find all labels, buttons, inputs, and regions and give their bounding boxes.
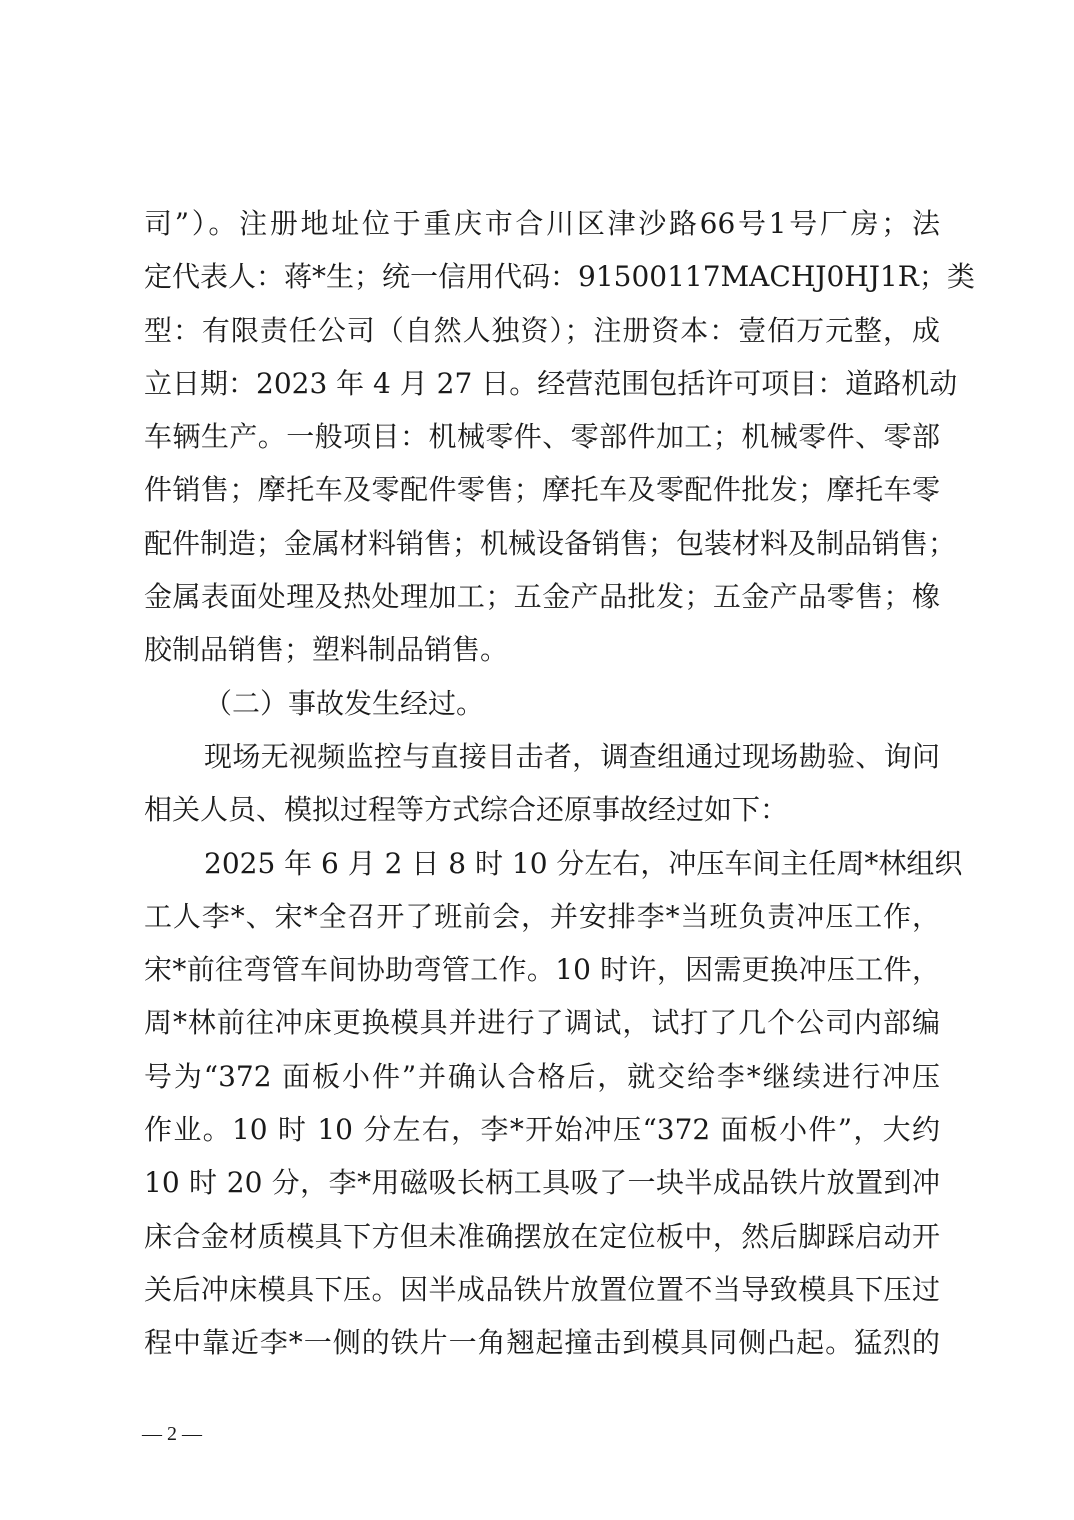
body-text: 司”）。注册地址位于重庆市合川区津沙路66号1号厂房；法 定代表人：蒋*生；统一… xyxy=(144,197,940,1370)
paragraph-line: 金属表面处理及热处理加工；五金产品批发；五金产品零售；橡 xyxy=(144,570,940,623)
paragraph-line: 配件制造；金属材料销售；机械设备销售；包装材料及制品销售； xyxy=(144,517,940,570)
paragraph-line: 立日期：2023 年 4 月 27 日。经营范围包括许可项目：道路机动 xyxy=(144,357,940,410)
paragraph-line: 司”）。注册地址位于重庆市合川区津沙路66号1号厂房；法 xyxy=(144,197,940,250)
paragraph-line: 床合金材质模具下方但未准确摆放在定位板中，然后脚踩启动开 xyxy=(144,1210,940,1263)
paragraph-line: 10 时 20 分，李*用磁吸长柄工具吸了一块半成品铁片放置到冲 xyxy=(144,1156,940,1209)
paragraph-line: 定代表人：蒋*生；统一信用代码：91500117MACHJ0HJ1R；类 xyxy=(144,250,940,303)
paragraph-line: 周*林前往冲床更换模具并进行了调试，试打了几个公司内部编 xyxy=(144,996,940,1049)
page-number: — 2 — xyxy=(142,1423,202,1446)
document-page: 司”）。注册地址位于重庆市合川区津沙路66号1号厂房；法 定代表人：蒋*生；统一… xyxy=(0,0,1074,1520)
paragraph-line: 工人李*、宋*全召开了班前会，并安排李*当班负责冲压工作， xyxy=(144,890,940,943)
paragraph-line: 件销售；摩托车及零配件零售；摩托车及零配件批发；摩托车零 xyxy=(144,463,940,516)
section-heading: （二）事故发生经过。 xyxy=(144,677,940,730)
paragraph-line: 关后冲床模具下压。因半成品铁片放置位置不当导致模具下压过 xyxy=(144,1263,940,1316)
paragraph-line: 作业。10 时 10 分左右，李*开始冲压“372 面板小件”，大约 xyxy=(144,1103,940,1156)
paragraph-line: 2025 年 6 月 2 日 8 时 10 分左右，冲压车间主任周*林组织 xyxy=(144,837,940,890)
paragraph-line: 现场无视频监控与直接目击者，调查组通过现场勘验、询问 xyxy=(144,730,940,783)
paragraph-line: 宋*前往弯管车间协助弯管工作。10 时许，因需更换冲压工件， xyxy=(144,943,940,996)
paragraph-line: 相关人员、模拟过程等方式综合还原事故经过如下： xyxy=(144,783,940,836)
paragraph-line: 车辆生产。一般项目：机械零件、零部件加工；机械零件、零部 xyxy=(144,410,940,463)
paragraph-line: 胶制品销售；塑料制品销售。 xyxy=(144,623,940,676)
paragraph-line: 程中靠近李*一侧的铁片一角翘起撞击到模具同侧凸起。猛烈的 xyxy=(144,1316,940,1369)
paragraph-line: 号为“372 面板小件”并确认合格后，就交给李*继续进行冲压 xyxy=(144,1050,940,1103)
paragraph-line: 型：有限责任公司（自然人独资）；注册资本：壹佰万元整，成 xyxy=(144,304,940,357)
